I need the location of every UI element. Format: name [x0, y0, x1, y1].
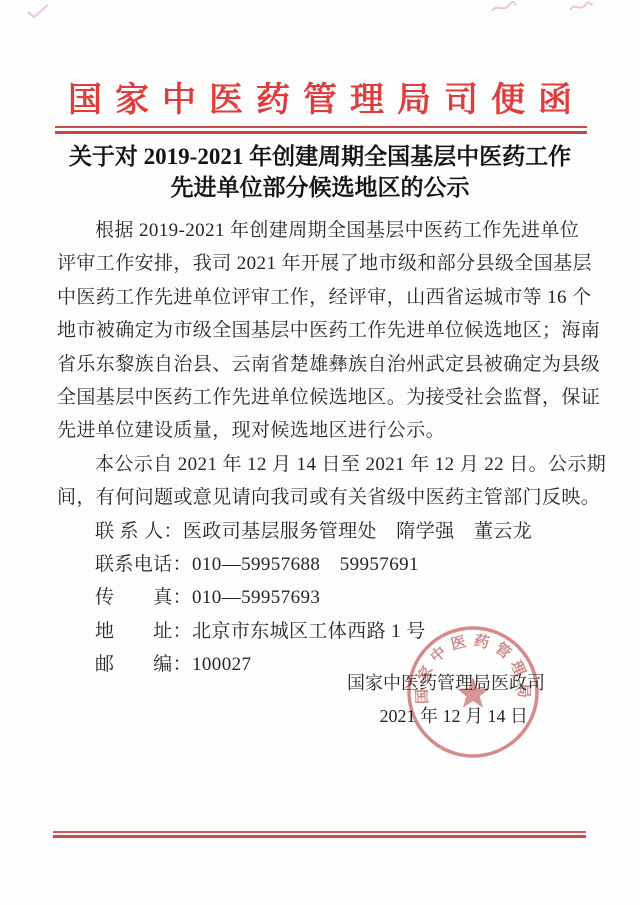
stray-mark-right-1	[491, 1, 517, 15]
contact-phone-line: 联系电话：010—59957688 59957691	[57, 548, 588, 581]
body-line: 根据 2019-2021 年创建周期全国基层中医药工作先进单位	[57, 214, 588, 247]
letterhead-title: 国家中医药管理局司便函	[0, 72, 640, 121]
document-title: 关于对 2019-2021 年创建周期全国基层中医药工作 先进单位部分候选地区的…	[30, 141, 610, 203]
document-title-line-1: 关于对 2019-2021 年创建周期全国基层中医药工作	[30, 141, 610, 172]
body-line: 先进单位建设质量，现对候选地区进行公示。	[57, 414, 588, 447]
contact-person-line: 联 系 人：医政司基层服务管理处 隋学强 董云龙	[57, 515, 588, 548]
signature-date: 2021 年 12 月 14 日	[380, 702, 529, 728]
footer-rule	[53, 831, 586, 838]
body-line: 中医药工作先进单位评审工作，经评审，山西省运城市等 16 个	[57, 281, 588, 314]
body-line: 间，有何问题或意见请向我司或有关省级中医药主管部门反映。	[57, 481, 588, 514]
body-line: 评审工作安排，我司 2021 年开展了地市级和部分县级全国基层	[57, 247, 588, 280]
body-line: 省乐东黎族自治县、云南省楚雄彝族自治州武定县被确定为县级	[57, 348, 588, 381]
document-page: 国家中医药管理局司便函 关于对 2019-2021 年创建周期全国基层中医药工作…	[0, 0, 640, 905]
contact-fax-line: 传 真：010—59957693	[57, 581, 588, 614]
letterhead-rule	[55, 126, 587, 134]
stray-mark-right-2	[569, 1, 593, 15]
body-line: 全国基层中医药工作先进单位候选地区。为接受社会监督，保证	[57, 381, 588, 414]
body-line: 地市被确定为市级全国基层中医药工作先进单位候选地区；海南	[57, 314, 588, 347]
stray-mark-left	[26, 3, 50, 19]
body-line: 本公示自 2021 年 12 月 14 日至 2021 年 12 月 22 日。…	[57, 448, 588, 481]
document-body: 根据 2019-2021 年创建周期全国基层中医药工作先进单位 评审工作安排，我…	[57, 214, 588, 682]
signature-department: 国家中医药管理局医政司	[347, 669, 545, 695]
document-title-line-2: 先进单位部分候选地区的公示	[30, 172, 610, 203]
